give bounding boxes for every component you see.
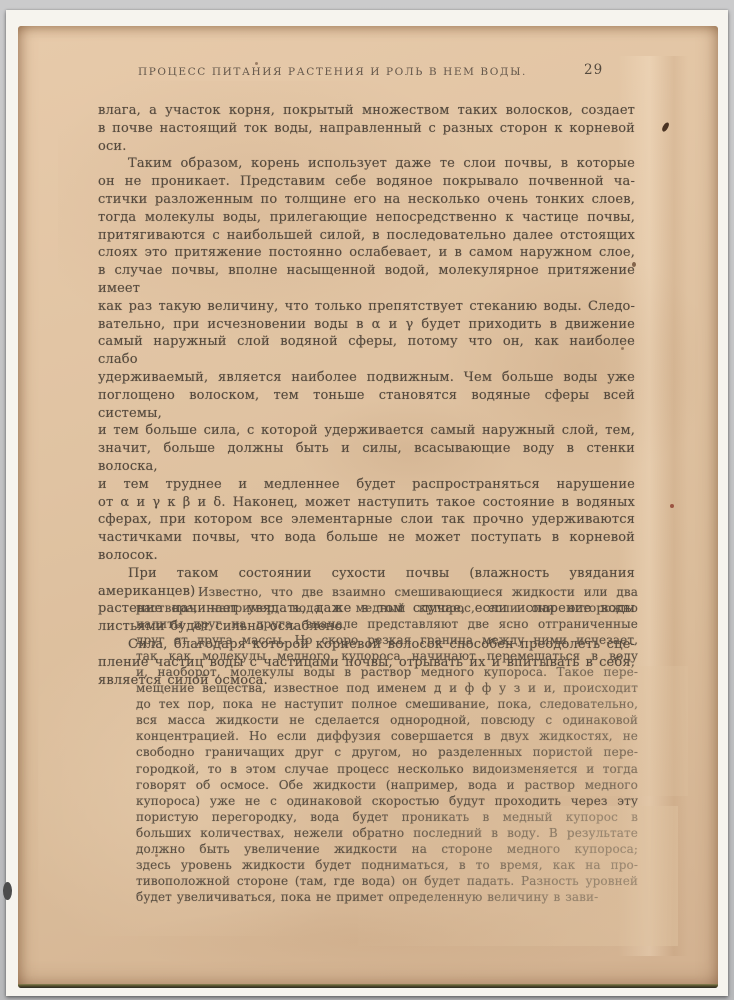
text-line: и тем труднее и медленнее будет распрост… bbox=[98, 476, 635, 494]
text-line: сферах, при котором все элементарные сло… bbox=[98, 511, 635, 529]
text-line: будет увеличиваться, пока не примет опре… bbox=[136, 889, 638, 905]
paragraph: влага, а участок корня, покрытый множест… bbox=[98, 102, 635, 155]
text-line: притягиваются с наибольшей силой, в посл… bbox=[98, 227, 635, 245]
page-number: 29 bbox=[584, 62, 603, 78]
book-page: ПРОЦЕСС ПИТАНИЯ РАСТЕНИЯ И РОЛЬ В НЕМ ВО… bbox=[18, 26, 718, 988]
text-line: и тем больше сила, с которой удерживаетс… bbox=[98, 422, 635, 440]
text-line: раствора, например, вода и медный купоро… bbox=[136, 600, 638, 616]
text-line: до тех пор, пока не наступит полное смеш… bbox=[136, 696, 638, 712]
text-line: в почве настоящий ток воды, направленный… bbox=[98, 120, 635, 156]
text-line: в случае почвы, вполне насыщенной водой,… bbox=[98, 262, 635, 298]
text-line: городкой, то в этом случае процесс неско… bbox=[136, 761, 638, 777]
text-line: тивоположной стороне (там, где вода) он … bbox=[136, 873, 638, 889]
text-line: значит, больше должны быть и силы, всасы… bbox=[98, 440, 635, 476]
scanned-book-photo: { "header": { "running_title": "ПРОЦЕСС … bbox=[0, 0, 734, 1000]
paragraph: Таким образом, корень использует даже те… bbox=[98, 155, 635, 564]
text-line: и, наоборот, молекулы воды в раствор мед… bbox=[136, 664, 638, 680]
text-line: поглощено волоском, тем тоньше становятс… bbox=[98, 387, 635, 423]
text-line: вся масса жидкости не сделается однородн… bbox=[136, 712, 638, 728]
text-line: должно быть увеличение жидкости на сторо… bbox=[136, 841, 638, 857]
text-line: он не проникает. Представим себе водяное… bbox=[98, 173, 635, 191]
text-line: тогда молекулы воды, прилегающие непосре… bbox=[98, 209, 635, 227]
text-line: друг от друга массы. Но скоро резкая гра… bbox=[136, 632, 638, 648]
text-line: свободно граничащих друг с другом, но ра… bbox=[136, 744, 638, 760]
book-bottom-edge bbox=[18, 984, 718, 988]
ink-speck bbox=[661, 121, 670, 132]
text-line: Известно, что две взаимно смешивающиеся … bbox=[136, 584, 638, 600]
small-print-block: Известно, что две взаимно смешивающиеся … bbox=[136, 584, 638, 905]
scanner-backing-sheet: ПРОЦЕСС ПИТАНИЯ РАСТЕНИЯ И РОЛЬ В НЕМ ВО… bbox=[6, 10, 728, 996]
text-line: волосок. bbox=[98, 547, 635, 565]
text-line: влага, а участок корня, покрытый множест… bbox=[98, 102, 635, 120]
text-line: слоях это притяжение постоянно ослабевае… bbox=[98, 244, 635, 262]
running-header-title: ПРОЦЕСС ПИТАНИЯ РАСТЕНИЯ И РОЛЬ В НЕМ ВО… bbox=[138, 66, 498, 78]
text-line: Таким образом, корень использует даже те… bbox=[98, 155, 635, 173]
text-line: мещение вещества, известное под именем д… bbox=[136, 680, 638, 696]
paragraph: Известно, что две взаимно смешивающиеся … bbox=[136, 584, 638, 905]
text-line: концентрацией. Но если диффузия совершае… bbox=[136, 728, 638, 744]
ink-speck bbox=[255, 62, 258, 65]
text-line: налиты друг на друга, вначале представля… bbox=[136, 616, 638, 632]
paper-stain bbox=[138, 906, 618, 976]
text-line: частичками почвы, что вода больше не мож… bbox=[98, 529, 635, 547]
ink-speck bbox=[670, 504, 674, 508]
text-line: здесь уровень жидкости будет подниматься… bbox=[136, 857, 638, 873]
text-line: как раз такую величину, что только препя… bbox=[98, 298, 635, 316]
text-line: пористую перегородку, вода будет проника… bbox=[136, 809, 638, 825]
text-line: больших количествах, нежели обратно посл… bbox=[136, 825, 638, 841]
text-line: удерживаемый, является наиболее подвижны… bbox=[98, 369, 635, 387]
text-line: купороса) уже не с одинаковой скоростью … bbox=[136, 793, 638, 809]
text-line: самый наружный слой водяной сферы, потом… bbox=[98, 333, 635, 369]
text-line: так как молекулы медного купороса начина… bbox=[136, 648, 638, 664]
text-line: от α и γ к β и δ. Наконец, может наступи… bbox=[98, 494, 635, 512]
text-line: стички разложенным по толщине его на нес… bbox=[98, 191, 635, 209]
margin-smudge bbox=[3, 882, 12, 900]
text-line: вательно, при исчезновении воды в α и γ … bbox=[98, 316, 635, 334]
text-line: говорят об осмосе. Обе жидкости (наприме… bbox=[136, 777, 638, 793]
